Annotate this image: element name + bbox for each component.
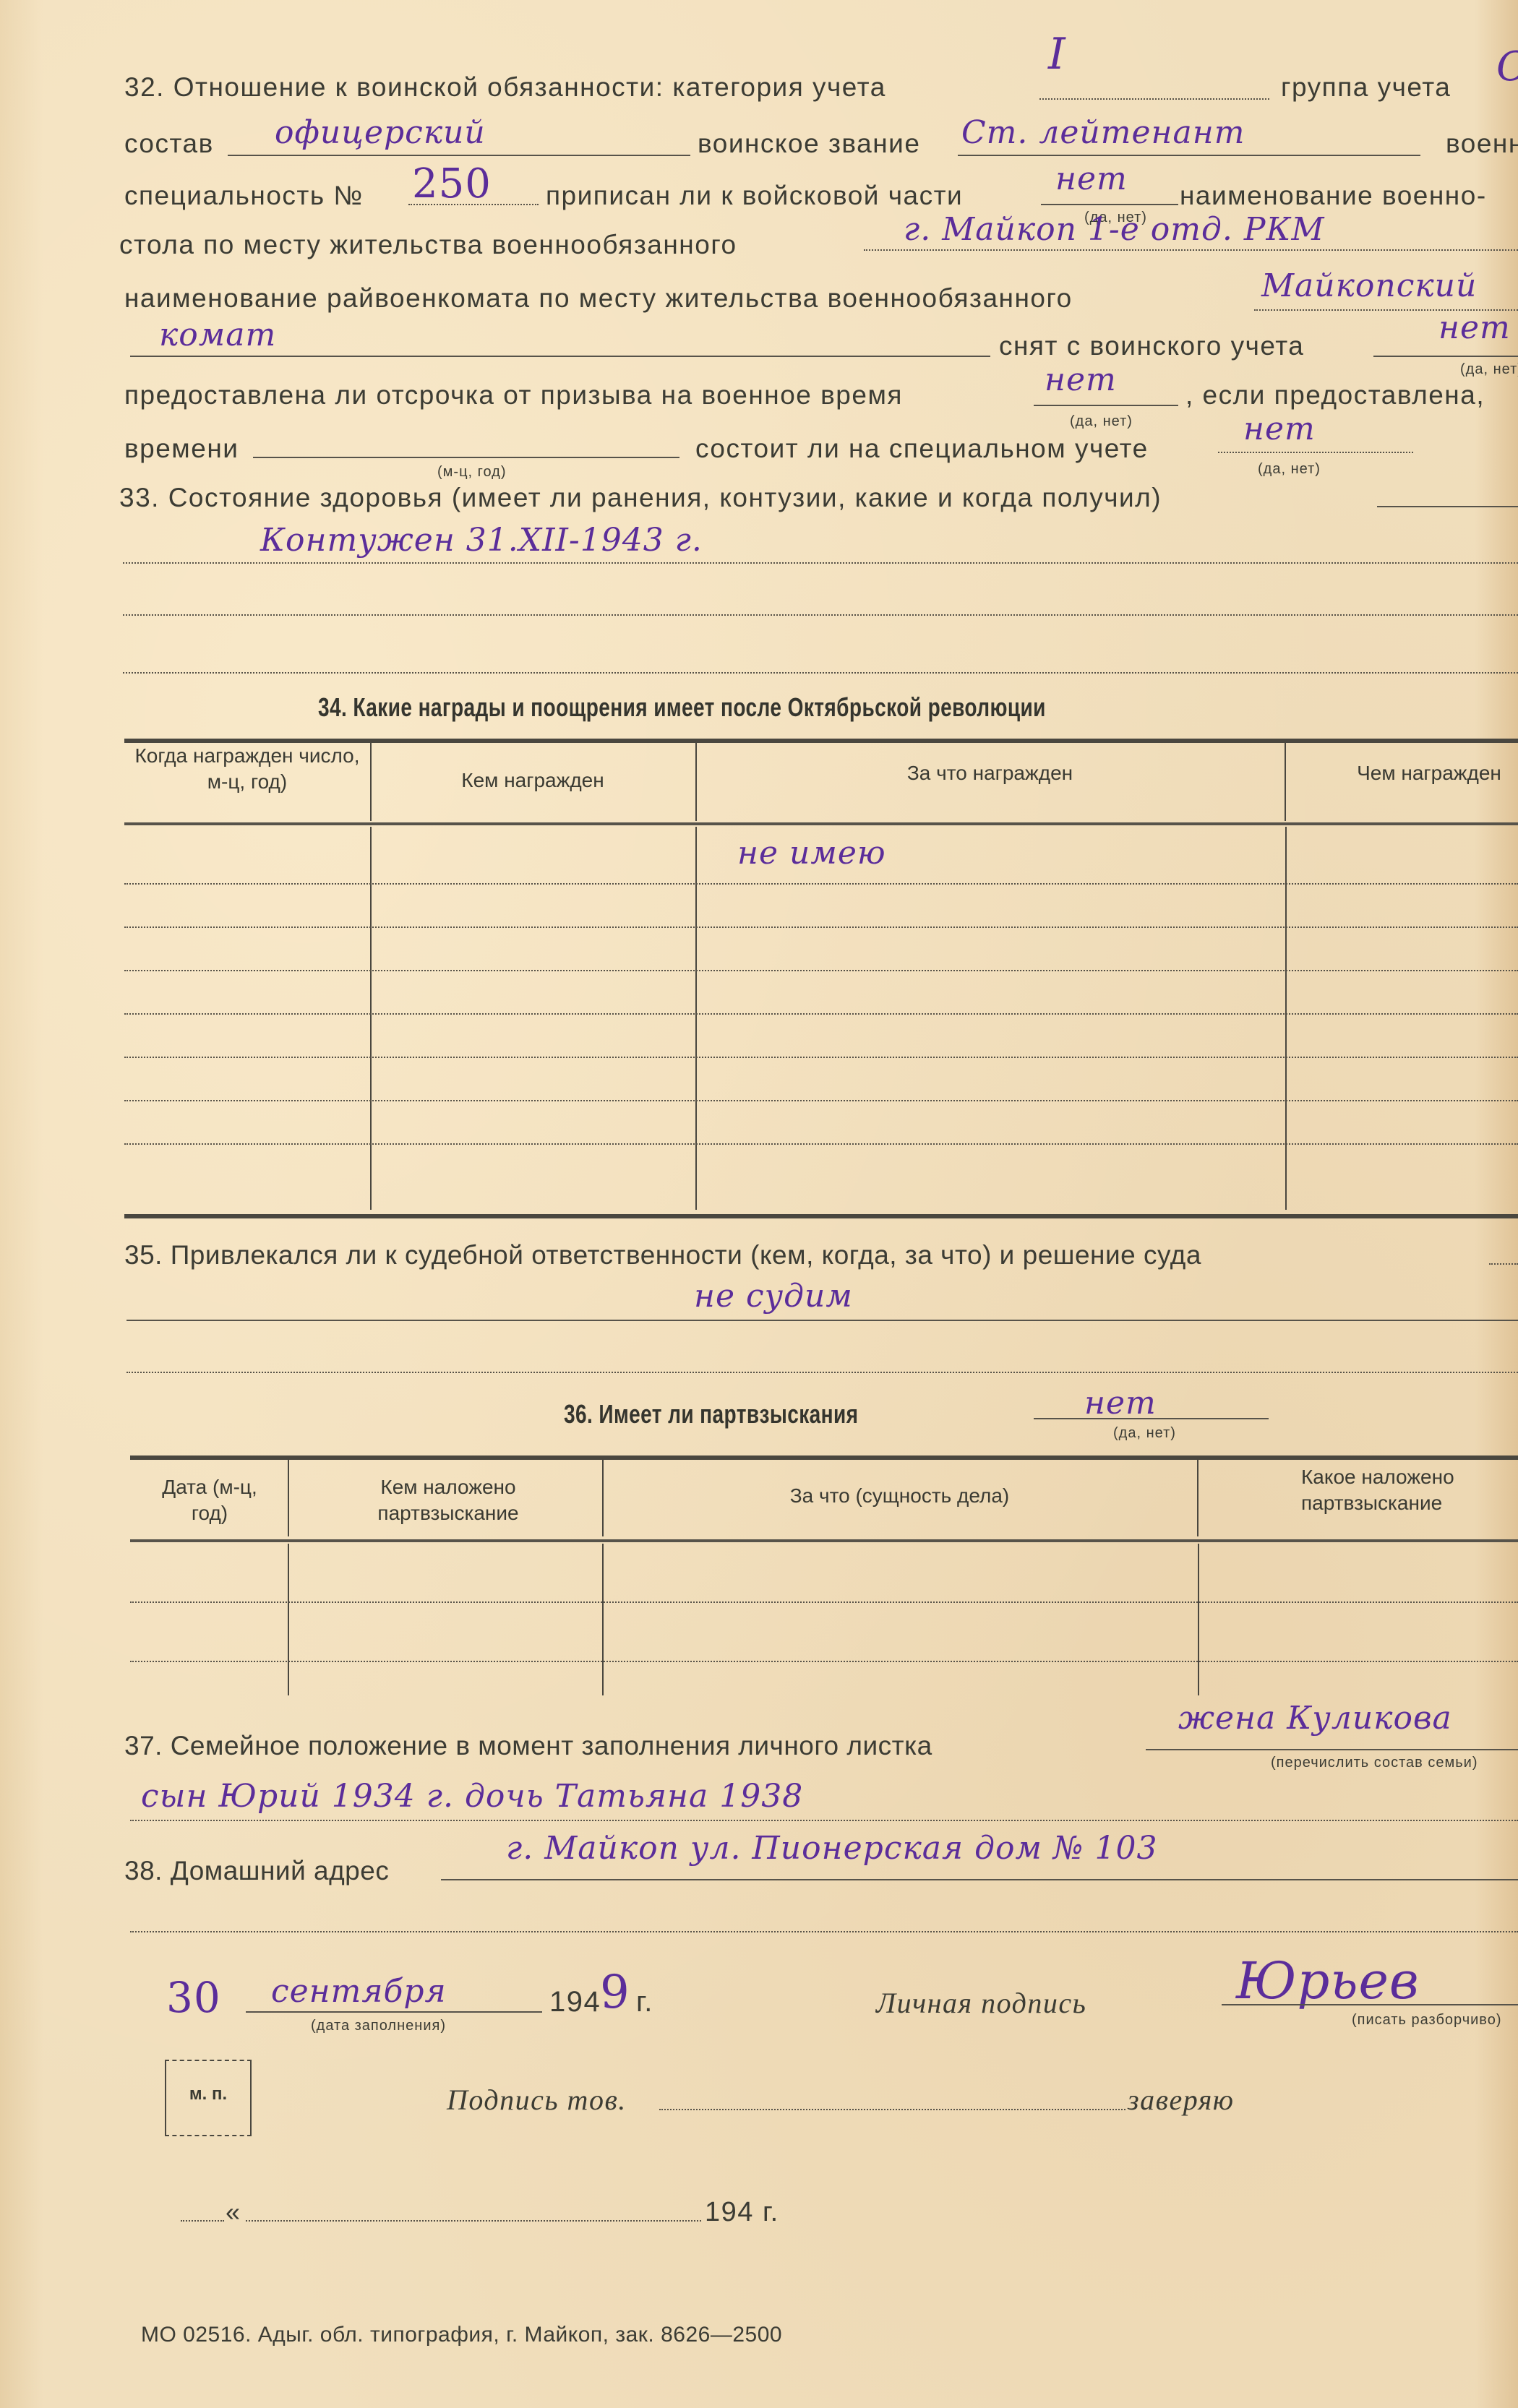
s34-row-line-5: [124, 1057, 1518, 1058]
s32-time-hint: (м-ц, год): [437, 464, 507, 481]
s34-row-line-3: [124, 970, 1518, 971]
s32-name-voen-label: наименование военно-: [1180, 181, 1487, 211]
s32-time-line[interactable]: [253, 457, 679, 458]
s36-header-rule: [130, 1539, 1518, 1542]
s34-row-line-7: [124, 1143, 1518, 1145]
s34-row-line-2: [124, 926, 1518, 928]
date2-line-b[interactable]: [246, 2220, 701, 2222]
s36-label: 36. Имеет ли партвзыскания: [564, 1399, 858, 1429]
signature-hint: (писать разборчиво): [1352, 2012, 1502, 2029]
s32-group-value[interactable]: С: [1496, 43, 1518, 90]
s32-raivoen-line-b: [130, 356, 990, 357]
s32-special-hint: (да, нет): [1258, 461, 1321, 478]
s37-value-b[interactable]: сын Юрий 1934 г. дочь Татьяна 1938: [141, 1778, 803, 1815]
s35-line-0: [1489, 1263, 1518, 1265]
date2-quote: «: [226, 2197, 241, 2227]
signature-label: Личная подпись: [876, 1986, 1086, 2020]
s34-row-line-6: [124, 1100, 1518, 1101]
s32-removed-hint: (да, нет): [1460, 361, 1518, 378]
s35-line-2: [126, 1372, 1518, 1373]
s36-vline-1h: [288, 1460, 289, 1536]
s36-top-rule: [130, 1455, 1518, 1460]
stamp-box: м. п.: [165, 2060, 252, 2136]
s33-line-0: [1377, 506, 1518, 507]
s36-vline-3h: [1197, 1460, 1198, 1536]
s37-hint: (перечислить состав семьи): [1271, 1755, 1478, 1771]
signature-line: [1222, 2004, 1518, 2005]
s34-header-rule: [124, 822, 1518, 825]
date-year-digit[interactable]: 9: [600, 1966, 630, 2019]
date-day[interactable]: 30: [166, 1973, 221, 2022]
s32-stol-value[interactable]: г. Майкоп 1-е отд. РКМ: [904, 211, 1325, 248]
s34-row-line-1: [124, 883, 1518, 885]
date-year-suffix: г.: [636, 1986, 653, 2018]
printer-imprint: МО 02516. Адыг. обл. типография, г. Майк…: [141, 2323, 782, 2347]
s34-col-with-what: Чем награжден: [1285, 760, 1518, 786]
date-year-prefix: 194: [549, 1986, 601, 2018]
s34-col-by-whom: Кем награжден: [370, 767, 695, 794]
s32-removed-label: снят с воинского учета: [999, 331, 1304, 361]
s35-value[interactable]: не судим: [694, 1278, 853, 1315]
s32-time-label: времени: [124, 434, 239, 464]
s32-raivoen-value-a[interactable]: Майкопский: [1261, 267, 1477, 304]
s32-attached-line: [1041, 204, 1178, 205]
s32-deferral-hint: (да, нет): [1070, 413, 1133, 430]
s37-label: 37. Семейное положение в момент заполнен…: [124, 1731, 932, 1761]
s32-special-label: состоит ли на специальном учете: [695, 434, 1149, 464]
s36-vline-2: [602, 1544, 604, 1695]
s32-spec-value[interactable]: 250: [412, 160, 492, 207]
s32-sostav-value[interactable]: офицерский: [275, 114, 486, 151]
s32-removed-line: [1373, 356, 1518, 357]
s32-deferral-value[interactable]: нет: [1045, 361, 1117, 398]
s36-col-for-what: За что (сущность дела): [602, 1483, 1197, 1509]
s32-special-line: [1218, 452, 1413, 453]
s32-category-label: 32. Отношение к воинской обязанности: ка…: [124, 72, 886, 103]
s36-row-line-1: [130, 1601, 1518, 1603]
date-month[interactable]: сентября: [271, 1973, 447, 2010]
s32-voen-label: военно-: [1446, 129, 1518, 159]
s34-value[interactable]: не имею: [737, 835, 886, 872]
s32-rank-line: [958, 155, 1420, 156]
s38-label: 38. Домашний адрес: [124, 1856, 389, 1886]
s32-spec-label: специальность №: [124, 181, 364, 211]
s36-vline-1: [288, 1544, 289, 1695]
s32-spec-line: [408, 204, 539, 205]
s34-col-for-what: За что награжден: [695, 760, 1285, 786]
date-hint: (дата заполнения): [311, 2018, 446, 2034]
s33-label: 33. Состояние здоровья (имеет ли ранения…: [119, 483, 1162, 513]
signature[interactable]: Юрьев: [1236, 1951, 1420, 2011]
cert-suffix: заверяю: [1128, 2083, 1235, 2117]
s36-col-penalty: Какое наложено партвзыскание: [1301, 1464, 1518, 1516]
date2-line-a: [181, 2220, 224, 2222]
s32-raivoen-label: наименование райвоенкомата по месту жите…: [124, 283, 1073, 314]
s34-title: 34. Какие награды и поощрения имеет посл…: [318, 692, 1046, 723]
s36-hint: (да, нет): [1113, 1425, 1176, 1442]
s36-col-date: Дата (м-ц, год): [145, 1474, 275, 1526]
s36-value[interactable]: нет: [1084, 1385, 1157, 1422]
s36-vline-3: [1198, 1544, 1199, 1695]
s32-special-value[interactable]: нет: [1243, 410, 1316, 447]
s32-attached-value[interactable]: нет: [1055, 160, 1128, 197]
s32-category-value[interactable]: I: [1048, 29, 1066, 79]
s33-value[interactable]: Контужен 31.XII-1943 г.: [260, 522, 703, 559]
s32-attached-label: приписан ли к войсковой части: [546, 181, 963, 211]
stamp-label: м. п.: [166, 2084, 250, 2104]
s36-col-by-whom: Кем наложено партвзыскание: [311, 1474, 586, 1526]
s33-line-2: [123, 614, 1518, 616]
s36-value-line: [1034, 1418, 1269, 1419]
s32-if-granted-label: , если предоставлена,: [1185, 380, 1485, 410]
s34-bottom-rule: [124, 1214, 1518, 1218]
date-line: [246, 2011, 542, 2013]
s38-line-2: [130, 1931, 1518, 1932]
s34-row-line-4: [124, 1013, 1518, 1015]
s35-line-1: [126, 1320, 1518, 1321]
s32-removed-value[interactable]: нет: [1438, 309, 1511, 346]
s37-line-b: [130, 1820, 1518, 1821]
s37-line-a: [1146, 1749, 1518, 1750]
s32-stol-label: стола по месту жительства военнообязанно…: [119, 230, 737, 260]
s32-rank-label: воинское звание: [698, 129, 920, 159]
cert-line[interactable]: [659, 2109, 1125, 2110]
date2-year: 194 г.: [705, 2197, 779, 2228]
cert-label: Подпись тов.: [447, 2083, 627, 2117]
s32-stol-line: [864, 249, 1518, 251]
s38-value[interactable]: г. Майкоп ул. Пионерская дом № 103: [506, 1830, 1158, 1867]
s37-value-a[interactable]: жена Куликова: [1178, 1700, 1452, 1737]
s32-sostav-label: состав: [124, 129, 214, 159]
s32-raivoen-value-b[interactable]: комат: [159, 317, 276, 353]
s32-group-label: группа учета: [1281, 72, 1451, 103]
s36-row-line-2: [130, 1661, 1518, 1662]
s32-category-line: [1039, 98, 1269, 100]
s32-deferral-label: предоставлена ли отсрочка от призыва на …: [124, 380, 903, 410]
s34-col-when: Когда награжден число, м-ц, год): [124, 743, 370, 795]
s32-sostav-line: [228, 155, 690, 156]
s32-deferral-line: [1034, 405, 1178, 406]
s33-line-1: [123, 562, 1518, 564]
s38-line: [441, 1879, 1518, 1880]
s35-label: 35. Привлекался ли к судебной ответствен…: [124, 1240, 1201, 1270]
s33-line-3: [123, 672, 1518, 674]
s32-rank-value[interactable]: Ст. лейтенант: [961, 114, 1245, 151]
